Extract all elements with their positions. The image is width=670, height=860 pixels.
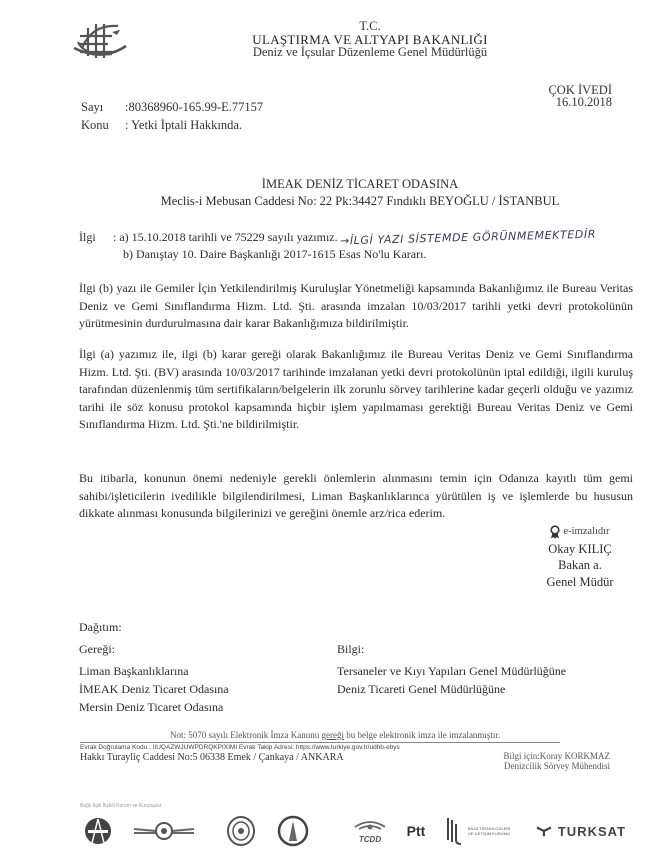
konu-value: : Yetki İptali Hakkında. <box>125 116 242 134</box>
footer-left: Evrak Doğrulama Kodu : IIUQAZWJUWPDRQKPI… <box>80 744 400 763</box>
distribution-bilgi: Bilgi: Tersaneler ve Kıyı Yapıları Genel… <box>337 640 566 698</box>
signature-block: e-imzalıdır Okay KILIÇ Bakan a. Genel Mü… <box>525 524 635 590</box>
body-paragraph: Bu itibarla, konunun önemi nedeniyle ger… <box>79 470 633 523</box>
contact-title: Denizcilik Sörvey Mühendisi <box>470 761 610 771</box>
geregi-label: Gereği: <box>79 640 229 658</box>
reference-block: İlgi : a) 15.10.2018 tarihli ve 75229 sa… <box>79 229 596 263</box>
ptt-logo-icon: Ptt <box>398 815 434 847</box>
list-item: Liman Başkanlıklarına <box>79 662 229 680</box>
department-name: Deniz ve İçsular Düzenleme Genel Müdürlü… <box>160 46 580 59</box>
recipient-address: Meclis-i Mebusan Caddesi No: 22 Pk:34427… <box>100 193 620 210</box>
distribution-title: Dağıtım: <box>79 618 122 636</box>
recipient-name: İMEAK DENİZ TİCARET ODASINA <box>100 176 620 193</box>
affiliates-label: Bağlı İlgili İlişkili Kurum ve Kuruluşla… <box>80 803 161 809</box>
signatory-on-behalf: Bakan a. <box>525 557 635 574</box>
ilgi-item-a: : a) 15.10.2018 tarihli ve 75229 sayılı … <box>113 229 338 246</box>
list-item: Deniz Ticareti Genel Müdürlüğüne <box>337 680 566 698</box>
ilgi-item-b: b) Danıştay 10. Daire Başkanlığı 2017-16… <box>123 246 426 263</box>
signatory-name: Okay KILIÇ <box>525 541 635 558</box>
distribution-geregi: Gereği: Liman Başkanlıklarına İMEAK Deni… <box>79 640 229 716</box>
kgm-logo-icon <box>80 815 116 847</box>
btk-logo-icon: BİLGİ TEKNOLOJİLERİ VE İLETİŞİM KURUMU <box>446 815 524 847</box>
list-item: Tersaneler ve Kıyı Yapıları Genel Müdürl… <box>337 662 566 680</box>
e-signature-ribbon-icon <box>550 525 560 539</box>
esign-label: e-imzalıdır <box>563 524 609 541</box>
ministry-address: Hakkı Turayliç Caddesi No:5 06338 Emek /… <box>80 752 400 763</box>
e-signature-note: Not: 5070 sayılı Elektronik İmza Kanunu … <box>170 730 500 740</box>
recipient-block: İMEAK DENİZ TİCARET ODASINA Meclis-i Meb… <box>100 176 620 210</box>
body-paragraph: İlgi (b) yazı ile Gemiler İçin Yetkilend… <box>79 280 633 333</box>
document-date: 16.10.2018 <box>520 96 612 108</box>
list-item: İMEAK Deniz Ticaret Odasına <box>79 680 229 698</box>
turksat-logo-icon: TURKSAT <box>536 815 626 847</box>
ilgi-label: İlgi <box>79 229 113 246</box>
document-meta: Sayı :80368960-165.99-E.77157 Konu : Yet… <box>81 98 263 134</box>
kiyi-emniyeti-logo-icon <box>275 815 311 847</box>
contact-info: Bilgi için:Koray KORKMAZ Denizcilik Sörv… <box>470 751 610 771</box>
footer-divider <box>80 742 560 743</box>
urgency-block: ÇOK İVEDİ 16.10.2018 <box>520 84 612 108</box>
letterhead: T.C. ULAŞTIRMA VE ALTYAPI BAKANLIĞI Deni… <box>160 20 580 59</box>
konu-label: Konu <box>81 116 125 134</box>
dhmi-logo-icon <box>224 815 258 847</box>
verification-info: Evrak Doğrulama Kodu : IIUQAZWJUWPDRQKPI… <box>80 744 400 752</box>
contact-person: Bilgi için:Koray KORKMAZ <box>470 751 610 761</box>
affiliate-logos: TCDD Ptt BİLGİ TEKNOLOJİLERİ VE İLETİŞİM… <box>80 815 640 847</box>
bilgi-label: Bilgi: <box>337 640 566 658</box>
sayi-value: :80368960-165.99-E.77157 <box>125 98 263 116</box>
sayi-label: Sayı <box>81 98 125 116</box>
list-item: Mersin Deniz Ticaret Odasına <box>79 698 229 716</box>
shgm-logo-icon <box>132 815 196 847</box>
tcdd-logo-icon: TCDD <box>350 815 390 847</box>
body-paragraph: İlgi (a) yazımız ile, ilgi (b) karar ger… <box>79 346 633 434</box>
globe-logo-icon <box>72 18 130 62</box>
signatory-title: Genel Müdür <box>525 574 635 591</box>
